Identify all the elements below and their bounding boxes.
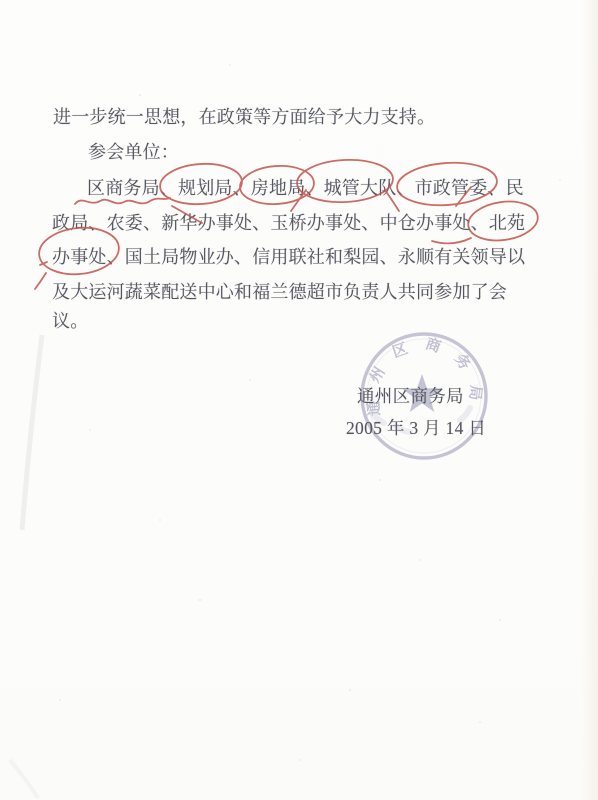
red-circle-tail [432, 238, 471, 243]
document-line: 进一步统一思想，在政策等方面给予大力支持。 [53, 108, 435, 126]
document-line: 区商务局、规划局、房地局、城管大队、市政管委、民 [87, 179, 524, 197]
document-line: 及大运河蔬菜配送中心和福兰德超市负责人共同参加了会 [52, 283, 507, 301]
document-line: 议。 [52, 312, 88, 330]
document-line: 办事处、国土局物业办、信用联社和梨园、永顺有关领导以 [52, 248, 525, 266]
scanned-document-page: 进一步统一思想，在政策等方面给予大力支持。 参会单位： 区商务局、规划局、房地局… [0, 0, 598, 800]
document-line-section-label: 参会单位： [88, 143, 179, 161]
red-underline-qushangwuju [75, 198, 170, 204]
red-circle-tail [35, 273, 46, 289]
signature-date: 2005 年 3 月 14 日 [346, 420, 486, 438]
document-line: 政局、农委、新华办事处、玉桥办事处、中仓办事处、北苑 [52, 214, 525, 232]
signature-org: 通州区商务局 [357, 388, 464, 406]
red-dash [40, 262, 47, 265]
